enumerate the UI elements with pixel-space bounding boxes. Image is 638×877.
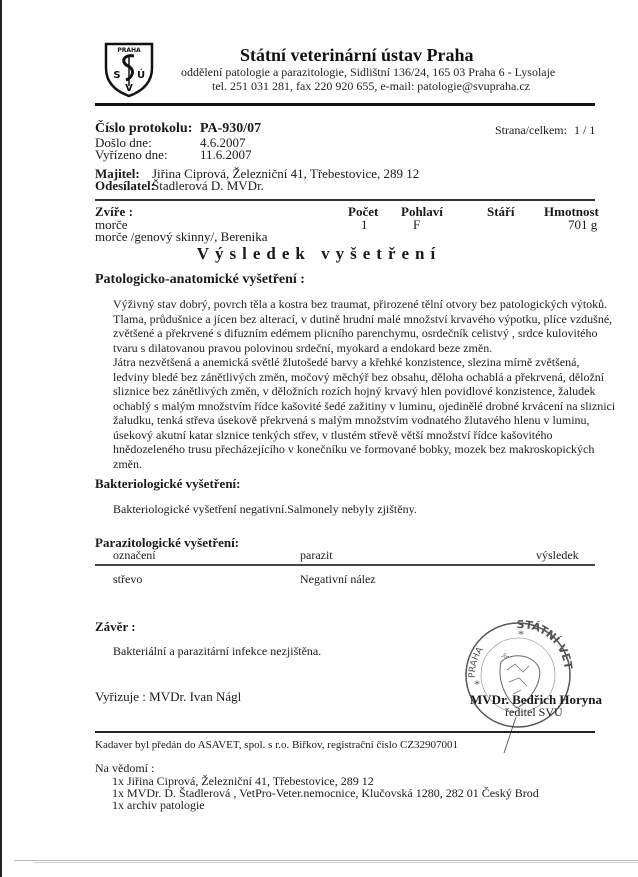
parasitology-col-label: označení: [113, 548, 156, 563]
cc-item: 1x archiv patologie: [112, 798, 205, 813]
pathology-line: změn.: [113, 457, 615, 472]
institution-contact: tel. 251 031 281, fax 220 920 655, e-mai…: [212, 79, 530, 94]
scan-bottom-edge: [14, 860, 638, 863]
page-count: 1 / 1: [574, 123, 595, 138]
pathology-heading: Patologicko-anatomické vyšetření :: [95, 272, 305, 288]
institution-name: Státní veterinární ústav Praha: [240, 45, 474, 66]
age-header: Stáří: [487, 204, 514, 220]
institution-address: oddělení patologie a parazitologie, Sidl…: [181, 65, 555, 80]
result-title: Výsledek vyšetření: [0, 244, 638, 264]
cadaver-note: Kadaver byl předán do ASAVET, spol. s r.…: [95, 739, 458, 751]
pathology-line: Výživný stav dobrý, povrch těla a kostra…: [113, 297, 615, 312]
animal-divider: [95, 199, 595, 201]
pathology-line: sliznice bez zánětlivých změn, v děložní…: [113, 384, 615, 399]
pathology-line: tvaru s dilatovanou pravou polovinou srd…: [113, 341, 615, 356]
conclusion-text: Bakteriální a parazitární infekce nezjiš…: [113, 644, 321, 659]
completed-label: Vyřízeno dne:: [95, 147, 168, 163]
svg-text:*: *: [518, 627, 524, 641]
animal-description: morče /genový skinny/, Berenika: [95, 229, 268, 245]
sender-value: Štadlerová D. MVDr.: [152, 178, 264, 194]
svg-text:Ú: Ú: [137, 68, 145, 81]
svg-text:PRAHA: PRAHA: [117, 47, 141, 54]
animal-sex: F: [413, 217, 420, 233]
scan-edge: [0, 0, 2, 877]
parasitology-row-parasite: Negativní nález: [300, 572, 376, 587]
animal-count: 1: [361, 217, 368, 233]
conclusion-heading: Závěr :: [95, 619, 136, 635]
footer-divider: [95, 731, 595, 733]
pathology-line: Tlama, průdušnice a jícen bez alterací, …: [113, 312, 615, 327]
sex-header: Pohlaví: [401, 204, 443, 220]
pathology-line: hnědozeleného trusu přecházejícího v kon…: [113, 442, 615, 457]
svg-text:V: V: [125, 83, 133, 94]
animal-weight: 701 g: [568, 217, 597, 233]
svu-logo-icon: PRAHA S Ú V: [104, 42, 154, 98]
svg-text:STÁTNÍ VET: STÁTNÍ VET: [517, 620, 573, 670]
parasitology-row-label: střevo: [113, 572, 142, 587]
pathology-line: zvětšené a překrvené s difuzním edémem p…: [113, 326, 615, 341]
pathology-line: ochablý s malým množstvím řídce kašovité…: [113, 399, 615, 414]
signature-stroke-icon: [500, 715, 520, 755]
parasitology-divider: [95, 564, 595, 566]
parasitology-col-result: výsledek: [536, 548, 579, 563]
bacteriology-heading: Bakteriologické vyšetření:: [95, 476, 241, 492]
completed-date: 11.6.2007: [200, 147, 252, 163]
pathology-text: Výživný stav dobrý, povrch těla a kostra…: [113, 297, 615, 471]
pathology-line: úsekový akutní katar slznice tenkých stř…: [113, 428, 615, 443]
sender-label: Odesílatel:: [95, 178, 155, 194]
pathology-line: žaludku, tenká střeva úsekově překrvená …: [113, 413, 615, 428]
pathology-line: ledviny bledé bez zánětlivých změn, močo…: [113, 370, 615, 385]
page-label: Strana/celkem:: [495, 123, 567, 138]
svg-text:S: S: [113, 70, 120, 81]
header-divider: [95, 103, 595, 106]
handled-by: Vyřizuje : MVDr. Ivan Nágl: [95, 689, 241, 705]
pathology-line: Játra nezvětšená a anemická světlé žluto…: [113, 355, 615, 370]
parasitology-col-parasite: parazit: [300, 548, 333, 563]
svg-text:*: *: [474, 677, 480, 691]
bacteriology-text: Bakteriologické vyšetření negativní.Salm…: [113, 502, 417, 517]
